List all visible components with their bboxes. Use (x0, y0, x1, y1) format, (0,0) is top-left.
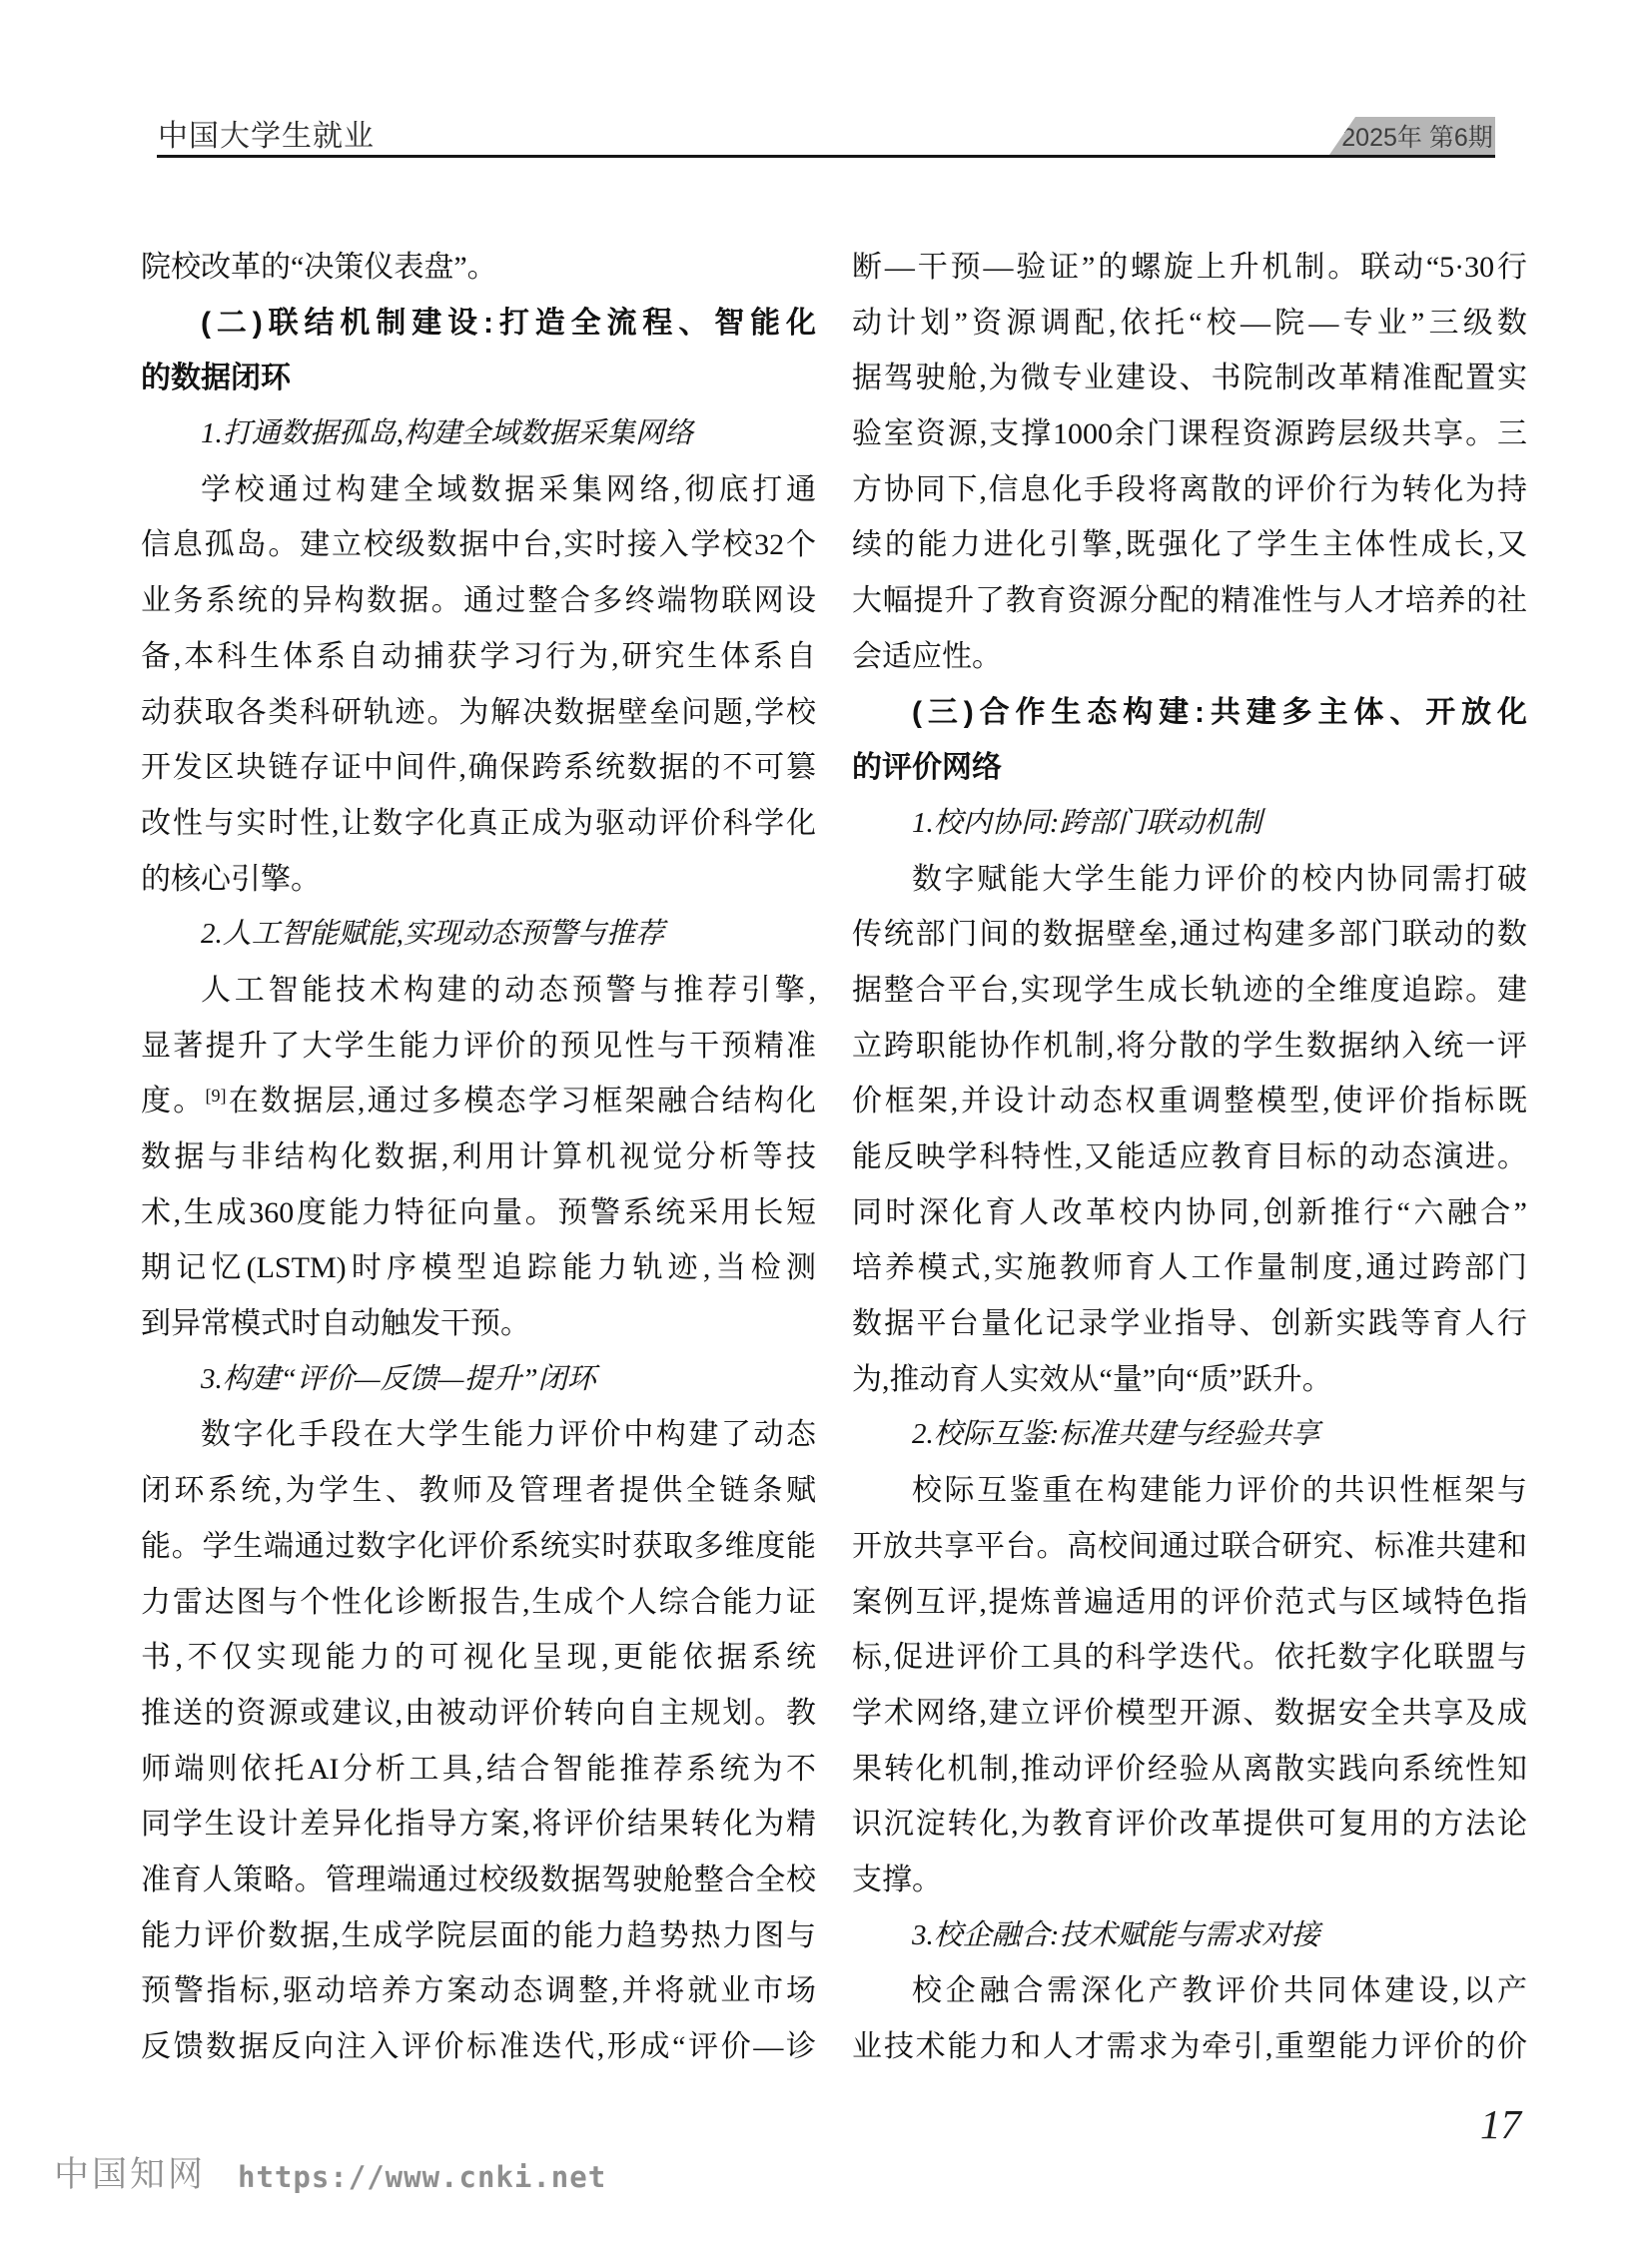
cnki-watermark-url: https://www.cnki.net (238, 2159, 606, 2195)
body-text-line: 预警指标,驱动培养方案动态调整,并将就业市场 (141, 1963, 816, 2019)
journal-page: 中国大学生就业 2025年 第6期 院校改革的“决策仪表盘”。(二)联结机制建设… (0, 0, 1652, 2242)
body-text-line: 支撑。 (852, 1853, 1527, 1908)
body-text-line: 准育人策略。管理端通过校级数据驾驶舱整合全校 (141, 1853, 816, 1908)
body-text-line: 标,促进评价工具的科学迭代。依托数字化联盟与 (852, 1630, 1527, 1686)
body-text-line: 到异常模式时自动触发干预。 (141, 1296, 816, 1352)
section-heading-line: (二)联结机制建设:打造全流程、智能化 (141, 296, 816, 352)
subsection-heading-line: 3.构建“评价—反馈—提升”闭环 (141, 1352, 816, 1408)
body-text-line: 开发区块链存证中间件,确保跨系统数据的不可篡 (141, 740, 816, 796)
body-text-line: 书,不仅实现能力的可视化呈现,更能依据系统 (141, 1630, 816, 1686)
body-text-line: 反馈数据反向注入评价标准迭代,形成“评价—诊 (141, 2019, 816, 2075)
body-text-line: 据整合平台,实现学生成长轨迹的全维度追踪。建 (852, 963, 1527, 1019)
body-text-line: 学术网络,建立评价模型开源、数据安全共享及成 (852, 1686, 1527, 1742)
body-text-line: 同时深化育人改革校内协同,创新推行“六融合” (852, 1185, 1527, 1241)
body-text-line: 力雷达图与个性化诊断报告,生成个人综合能力证 (141, 1575, 816, 1631)
subsection-heading-line: 1.校内协同:跨部门联动机制 (852, 796, 1527, 852)
body-text-line: 信息孤岛。建立校级数据中台,实时接入学校32个 (141, 517, 816, 573)
body-text-line: 师端则依托AI分析工具,结合智能推荐系统为不 (141, 1742, 816, 1798)
issue-badge: 2025年 第6期 (1329, 117, 1495, 155)
body-text-line: 验室资源,支撑1000余门课程资源跨层级共享。三 (852, 406, 1527, 462)
body-text-line: 校企融合需深化产教评价共同体建设,以产 (852, 1963, 1527, 2019)
section-heading-line: 的评价网络 (852, 740, 1527, 796)
body-text-line: 能。学生端通过数字化评价系统实时获取多维度能 (141, 1519, 816, 1575)
body-text-line: 人工智能技术构建的动态预警与推荐引擎, (141, 963, 816, 1019)
body-text-line: 的核心引擎。 (141, 852, 816, 908)
body-text-line: 能力评价数据,生成学院层面的能力趋势热力图与 (141, 1908, 816, 1964)
text-column-right: 断—干预—验证”的螺旋上升机制。联动“5·30行动计划”资源调配,依托“校—院—… (852, 240, 1527, 2075)
body-text-line: 备,本科生体系自动捕获学习行为,研究生体系自 (141, 629, 816, 685)
body-text-line: 学校通过构建全域数据采集网络,彻底打通 (141, 462, 816, 518)
body-text-line: 业技术能力和人才需求为牵引,重塑能力评价的价 (852, 2019, 1527, 2075)
body-text-line: 方协同下,信息化手段将离散的评价行为转化为持 (852, 462, 1527, 518)
subsection-heading-line: 2.人工智能赋能,实现动态预警与推荐 (141, 907, 816, 963)
body-text-line: 术,生成360度能力特征向量。预警系统采用长短 (141, 1185, 816, 1241)
body-text-line: 立跨职能协作机制,将分散的学生数据纳入统一评 (852, 1019, 1527, 1075)
body-text-line: 数据与非结构化数据,利用计算机视觉分析等技 (141, 1129, 816, 1185)
body-text-line: 识沉淀转化,为教育评价改革提供可复用的方法论 (852, 1797, 1527, 1853)
header-rule (157, 155, 1495, 158)
body-text-line: 动计划”资源调配,依托“校—院—专业”三级数 (852, 296, 1527, 352)
body-text-line: 数字赋能大学生能力评价的校内协同需打破 (852, 852, 1527, 908)
body-text-line: 改性与实时性,让数字化真正成为驱动评价科学化 (141, 796, 816, 852)
body-text-line: 动获取各类科研轨迹。为解决数据壁垒问题,学校 (141, 685, 816, 741)
body-text-line: 果转化机制,推动评价经验从离散实践向系统性知 (852, 1742, 1527, 1798)
body-text-line: 据驾驶舱,为微专业建设、书院制改革精准配置实 (852, 351, 1527, 406)
body-text-line: 传统部门间的数据壁垒,通过构建多部门联动的数 (852, 907, 1527, 963)
subsection-heading-line: 2.校际互鉴:标准共建与经验共享 (852, 1407, 1527, 1463)
body-text-line: 案例互评,提炼普遍适用的评价范式与区域特色指 (852, 1575, 1527, 1631)
body-text-line: 校际互鉴重在构建能力评价的共识性框架与 (852, 1463, 1527, 1519)
body-text-line: 闭环系统,为学生、教师及管理者提供全链条赋 (141, 1463, 816, 1519)
body-text-line: 院校改革的“决策仪表盘”。 (141, 240, 816, 296)
body-text-line: 培养模式,实施教师育人工作量制度,通过跨部门 (852, 1240, 1527, 1296)
subsection-heading-line: 1.打通数据孤岛,构建全域数据采集网络 (141, 406, 816, 462)
body-text-line: 数据平台量化记录学业指导、创新实践等育人行 (852, 1296, 1527, 1352)
body-text-line: 为,推动育人实效从“量”向“质”跃升。 (852, 1352, 1527, 1408)
cnki-watermark-text: 中国知网 (54, 2155, 206, 2195)
body-text-line: 会适应性。 (852, 629, 1527, 685)
body-text-line: 能反映学科特性,又能适应教育目标的动态演进。 (852, 1129, 1527, 1185)
body-text-line: 同学生设计差异化指导方案,将评价结果转化为精 (141, 1797, 816, 1853)
body-text-line: 推送的资源或建议,由被动评价转向自主规划。教 (141, 1686, 816, 1742)
journal-title: 中国大学生就业 (158, 120, 375, 154)
body-text-line: 开放共享平台。高校间通过联合研究、标准共建和 (852, 1519, 1527, 1575)
text-column-left: 院校改革的“决策仪表盘”。(二)联结机制建设:打造全流程、智能化的数据闭环1.打… (141, 240, 816, 2075)
section-heading-line: (三)合作生态构建:共建多主体、开放化 (852, 685, 1527, 741)
body-text-line: 显著提升了大学生能力评价的预见性与干预精准 (141, 1019, 816, 1075)
body-text-line: 业务系统的异构数据。通过整合多终端物联网设 (141, 573, 816, 629)
body-text-line: 度。[9]在数据层,通过多模态学习框架融合结构化 (141, 1074, 816, 1129)
section-heading-line: 的数据闭环 (141, 351, 816, 406)
body-text-line: 续的能力进化引擎,既强化了学生主体性成长,又 (852, 517, 1527, 573)
body-text-line: 价框架,并设计动态权重调整模型,使评价指标既 (852, 1074, 1527, 1129)
page-number: 17 (1480, 2101, 1521, 2147)
body-text-line: 大幅提升了教育资源分配的精准性与人才培养的社 (852, 573, 1527, 629)
citation-reference: [9] (206, 1086, 227, 1106)
body-text-line: 期记忆(LSTM)时序模型追踪能力轨迹,当检测 (141, 1240, 816, 1296)
body-text-line: 断—干预—验证”的螺旋上升机制。联动“5·30行 (852, 240, 1527, 296)
subsection-heading-line: 3.校企融合:技术赋能与需求对接 (852, 1908, 1527, 1964)
body-text-line: 数字化手段在大学生能力评价中构建了动态 (141, 1407, 816, 1463)
